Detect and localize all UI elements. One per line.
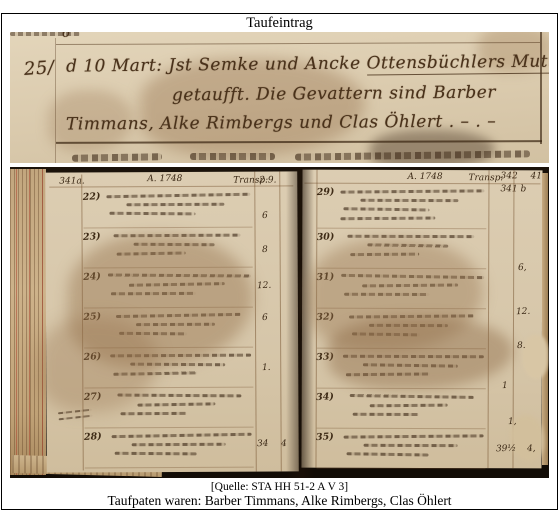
handwriting-line xyxy=(120,412,186,415)
register-entry: 32) xyxy=(317,309,486,350)
handwriting-line xyxy=(363,363,458,367)
column-number: 1, xyxy=(508,417,517,427)
right-page-edge xyxy=(542,173,548,465)
column-number: 6, xyxy=(518,263,527,273)
register-entry: 26) xyxy=(84,348,253,389)
handwriting-line xyxy=(106,193,250,199)
handwriting-line xyxy=(349,314,474,318)
handwriting-line xyxy=(343,207,429,211)
column-number: 1 xyxy=(502,381,508,391)
sum-column-rule xyxy=(254,172,257,472)
margin-rule xyxy=(55,38,56,163)
register-entry: 27) xyxy=(84,388,253,429)
handwriting-line xyxy=(344,434,484,438)
register-entry: 22) xyxy=(83,188,252,229)
register-entry: 25) xyxy=(84,308,253,349)
entry-number: 31) xyxy=(316,271,336,306)
handwriting-line xyxy=(59,415,93,421)
left-page-year-header: A. 1748 xyxy=(147,174,182,184)
handwriting-line xyxy=(114,234,241,238)
right-page-corner-value-1: 342 xyxy=(500,171,517,181)
right-page-year-header: A. 1748 xyxy=(407,172,442,182)
right-page-transp-label: Transp: xyxy=(468,173,503,183)
handwriting-line xyxy=(108,273,251,277)
handwriting-line xyxy=(113,371,197,375)
page-title: Taufeintrag xyxy=(0,15,559,32)
handwriting-line xyxy=(353,413,419,416)
ruled-line xyxy=(56,42,540,45)
handwriting-line xyxy=(111,292,196,295)
handwriting-line xyxy=(117,252,186,256)
handwriting-line xyxy=(138,402,216,406)
clipped-handwriting xyxy=(295,150,530,160)
register-entry: 23) xyxy=(84,228,253,269)
handwriting-line xyxy=(343,355,484,358)
excerpt-line-1: d 10 Mart: Jst Semke und Ancke Ottensbüc… xyxy=(66,51,549,76)
register-entry: 33) xyxy=(317,349,486,390)
register-entry: 28) xyxy=(85,428,254,469)
excerpt-line-2: getaufft. Die Gevattern sind Barber xyxy=(172,83,496,106)
handwriting-line xyxy=(134,243,215,247)
handwriting-line xyxy=(58,409,92,415)
column-number: 6 xyxy=(262,313,268,323)
handwriting-line xyxy=(340,189,484,193)
column-number: 12. xyxy=(516,307,531,317)
column-number: 12. xyxy=(257,281,272,291)
column-number: 4, xyxy=(527,444,536,454)
handwriting-line xyxy=(347,235,474,238)
left-page-entries: 22)23)24)25)26)27)28) xyxy=(83,188,253,469)
handwriting-line xyxy=(351,332,419,336)
handwriting-line xyxy=(350,394,474,399)
handwriting-line xyxy=(130,363,225,367)
column-number: 34 xyxy=(257,439,269,449)
register-right-page: A. 1748 Transp: 342 41 341 b 29)30)31)32… xyxy=(301,170,542,469)
handwriting-line xyxy=(342,274,485,279)
column-number: 8 xyxy=(262,245,268,255)
excerpt-line-1-text: d 10 Mart: Jst Semke und Ancke xyxy=(66,54,367,77)
handwriting-line xyxy=(347,452,429,456)
entry-separator-line xyxy=(56,140,542,144)
entry-number: 23) xyxy=(83,231,103,266)
godparents-caption: Taufpaten waren: Barber Timmans, Alke Ri… xyxy=(0,493,559,509)
handwriting-line xyxy=(136,323,215,326)
entry-number: 32) xyxy=(316,311,336,346)
handwriting-line xyxy=(109,212,195,216)
handwriting-line xyxy=(344,293,429,296)
register-entry: 29) xyxy=(317,184,486,230)
sum-column-rule xyxy=(487,170,489,468)
entry-number: 26) xyxy=(83,351,103,386)
handwriting-line xyxy=(361,199,459,202)
handwriting-line xyxy=(110,354,251,358)
handwriting-line xyxy=(370,404,448,408)
entry-number: 28) xyxy=(84,431,104,466)
handwriting-line xyxy=(117,394,241,398)
handwriting-line xyxy=(364,444,458,447)
register-entry: 35) xyxy=(316,429,485,470)
column-rule xyxy=(540,32,542,144)
column-number: 4 xyxy=(281,439,287,449)
column-number: 39½ xyxy=(496,444,517,455)
clipped-handwriting xyxy=(72,153,162,162)
handwriting-line xyxy=(128,282,225,287)
right-page-corner-value-2: 41 xyxy=(530,171,541,181)
excerpt-fragment: 6 xyxy=(62,32,71,41)
handwriting-line xyxy=(132,443,226,446)
handwriting-line xyxy=(115,452,197,456)
column-number: 8. xyxy=(517,341,526,351)
handwriting-line xyxy=(350,253,419,257)
excerpt-line-1-underlined: Ottensbüchlers Mutter xyxy=(366,51,549,75)
entry-number: 25) xyxy=(83,311,103,346)
clipped-handwriting xyxy=(190,153,275,160)
right-page-entries: 29)30)31)32)33)34)35) xyxy=(316,184,486,470)
register-photo: 341a. A. 1748 Transp: 2.9. 22)23)24)25)2… xyxy=(10,167,549,478)
column-number: 6 xyxy=(262,211,268,221)
entry-number: 29) xyxy=(316,186,336,226)
handwriting-line xyxy=(368,243,449,247)
handwriting-line xyxy=(362,284,458,288)
entry-number: 22) xyxy=(82,191,102,226)
entry-number: 34) xyxy=(316,391,336,426)
handwriting-line xyxy=(116,313,241,318)
excerpt-line-3: Timmans, Alke Rimbergs und Clas Öhlert .… xyxy=(66,111,496,134)
entry-margin-number: 25/ xyxy=(23,57,55,80)
torn-page-edge xyxy=(522,335,548,379)
handwriting-line xyxy=(346,373,430,377)
taufeintrag-sheet: Taufeintrag 6 25/ d 10 Mart: Jst Semke u… xyxy=(0,0,559,520)
entry-number: 33) xyxy=(316,351,336,386)
sum-column-rule xyxy=(279,171,282,471)
handwriting-line xyxy=(340,216,435,220)
manuscript-excerpt: 6 25/ d 10 Mart: Jst Semke und Ancke Ott… xyxy=(10,32,549,163)
book-fore-edge xyxy=(10,169,46,475)
entry-number: 24) xyxy=(83,271,103,306)
handwriting-line xyxy=(112,433,252,438)
register-entry: 34) xyxy=(317,389,486,430)
handwriting-line xyxy=(369,324,448,327)
entry-number: 35) xyxy=(316,431,336,466)
handwriting-line xyxy=(119,332,187,335)
source-caption: [Quelle: STA HH 51-2 A V 3] xyxy=(0,481,559,493)
register-entry: 24) xyxy=(84,268,253,309)
handwriting-line xyxy=(127,203,225,207)
left-page-transp-value: 2.9. xyxy=(259,175,276,185)
register-left-page: 341a. A. 1748 Transp: 2.9. 22)23)24)25)2… xyxy=(45,171,299,472)
register-entry: 31) xyxy=(317,269,486,310)
register-entry: 30) xyxy=(317,229,486,270)
column-number: 1. xyxy=(262,363,271,373)
book-gutter-shadow xyxy=(286,167,314,478)
entry-number: 30) xyxy=(316,231,336,266)
